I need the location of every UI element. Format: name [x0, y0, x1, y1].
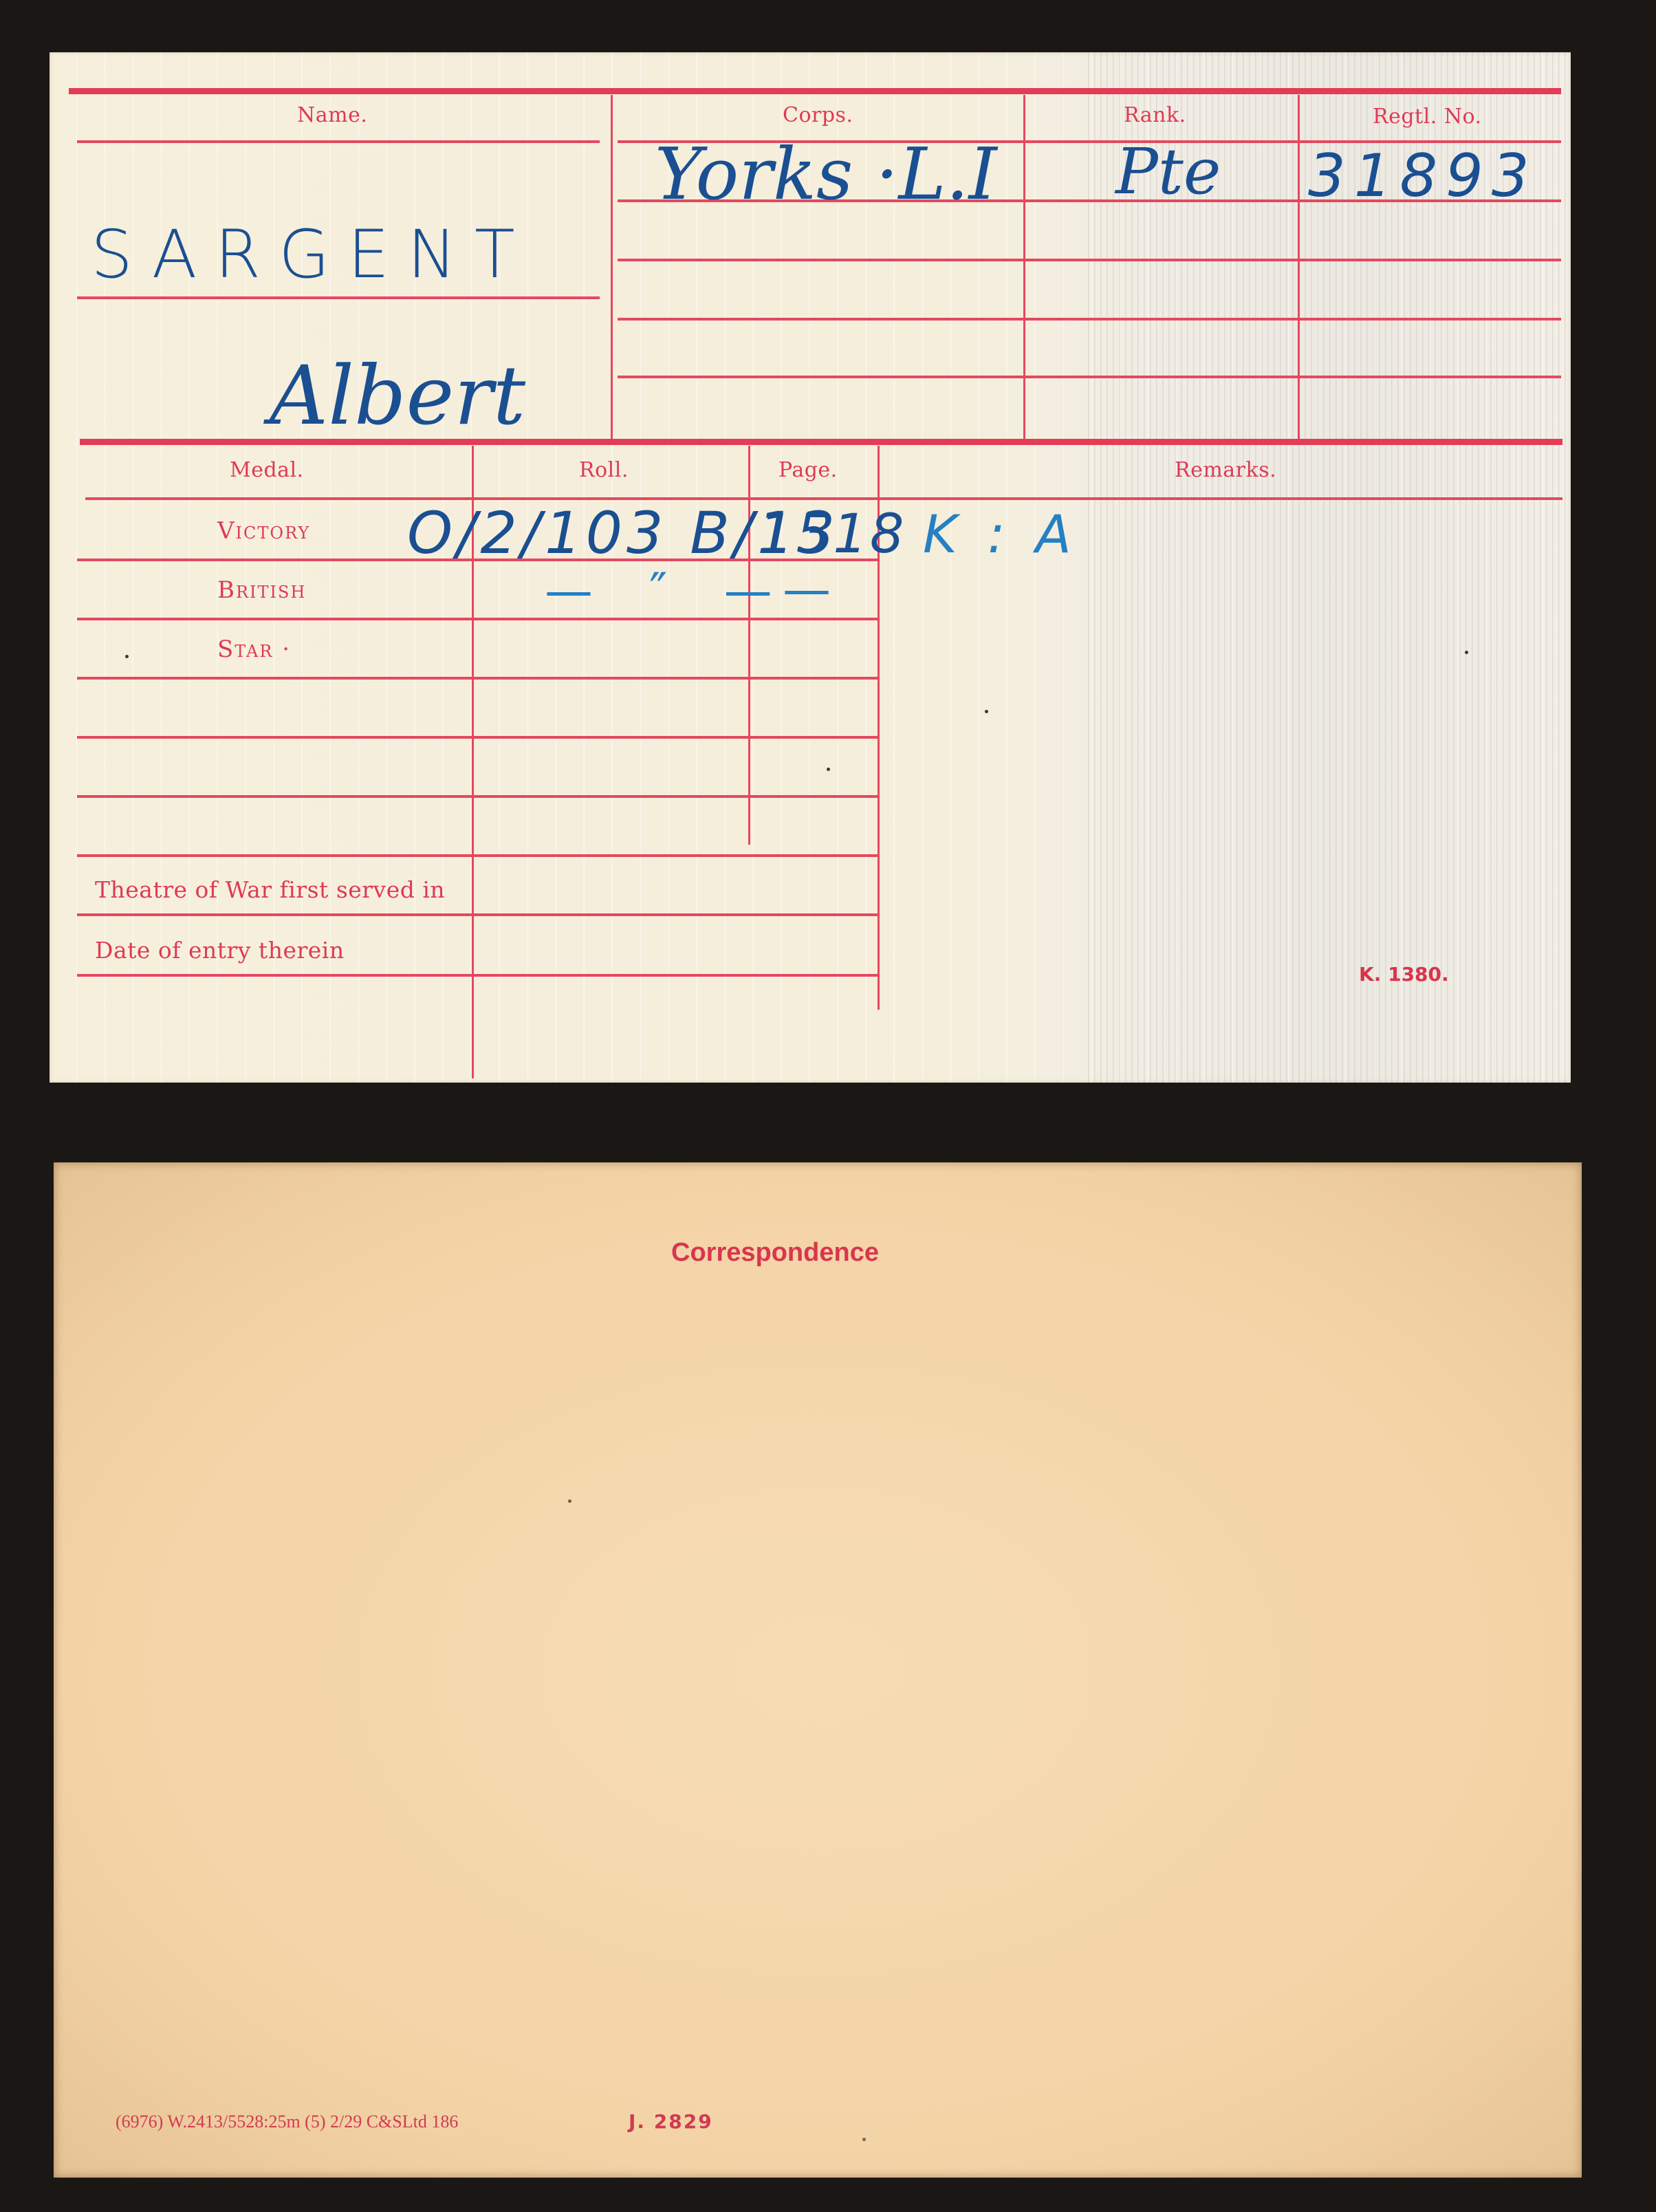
- date-entry-label: Date of entry therein: [95, 937, 345, 964]
- divider-corps-rank: [1023, 95, 1025, 439]
- medal-british-label: British: [217, 576, 306, 604]
- name-rule-2: [77, 296, 600, 299]
- surname-entry: SARGENT: [91, 216, 533, 293]
- name-rule-1: [77, 140, 600, 143]
- upper-rule-5: [618, 376, 1561, 378]
- top-rule: [69, 88, 1561, 94]
- medal-index-card-back: Correspondence (6976) W.2413/5528:25m (5…: [54, 1162, 1582, 2178]
- theatre-label: Theatre of War first served in: [95, 876, 445, 903]
- forename-entry: Albert: [270, 348, 525, 443]
- middle-rule: [80, 439, 1562, 445]
- medal-index-card-front: Name. Corps. Rank. Regtl. No. SARGENT Al…: [50, 52, 1571, 1083]
- roll-header: Roll.: [579, 458, 629, 482]
- printer-imprint: (6976) W.2413/5528:25m (5) 2/29 C&SLtd 1…: [116, 2112, 458, 2132]
- correspondence-heading: Correspondence: [671, 1238, 879, 1268]
- speck: [1465, 651, 1468, 654]
- form-code-j2829: J. 2829: [629, 2110, 713, 2133]
- corps-entry: Yorks ·L.I: [655, 132, 997, 216]
- victory-page-entry: 1518: [759, 503, 907, 565]
- upper-rule-3: [618, 259, 1561, 261]
- medal-victory-label: Victory: [217, 517, 310, 545]
- speck: [827, 768, 830, 771]
- rank-entry: Pte: [1115, 135, 1221, 208]
- remarks-entry: K : A: [923, 503, 1078, 565]
- speck: [985, 710, 988, 713]
- divider-rank-regt: [1298, 95, 1300, 439]
- rank-header: Rank.: [1124, 103, 1186, 127]
- page-header: Page.: [778, 458, 838, 482]
- corps-header: Corps.: [783, 103, 853, 127]
- remarks-header: Remarks.: [1175, 458, 1276, 482]
- lower-rule-8: [77, 913, 878, 916]
- lower-rule-9: [77, 974, 878, 977]
- medal-star-label: Star ·: [217, 636, 291, 663]
- upper-rule-4: [618, 318, 1561, 321]
- name-header: Name.: [297, 103, 367, 127]
- speck: [862, 2138, 866, 2141]
- lower-rule-4: [77, 677, 878, 680]
- lower-rule-6: [77, 795, 878, 798]
- lower-rule-5: [77, 736, 878, 739]
- speck: [125, 655, 129, 658]
- form-code-k1380: K. 1380.: [1359, 963, 1449, 986]
- medal-header: Medal.: [230, 458, 304, 482]
- regt-no-header: Regtl. No.: [1373, 105, 1482, 129]
- british-roll-ditto: — ″ —: [545, 563, 793, 619]
- british-page-ditto: —: [783, 561, 831, 618]
- regt-no-entry: 31893: [1308, 142, 1538, 210]
- lower-rule-7: [77, 854, 878, 857]
- divider-name-corps: [611, 95, 613, 439]
- speck: [568, 1499, 571, 1503]
